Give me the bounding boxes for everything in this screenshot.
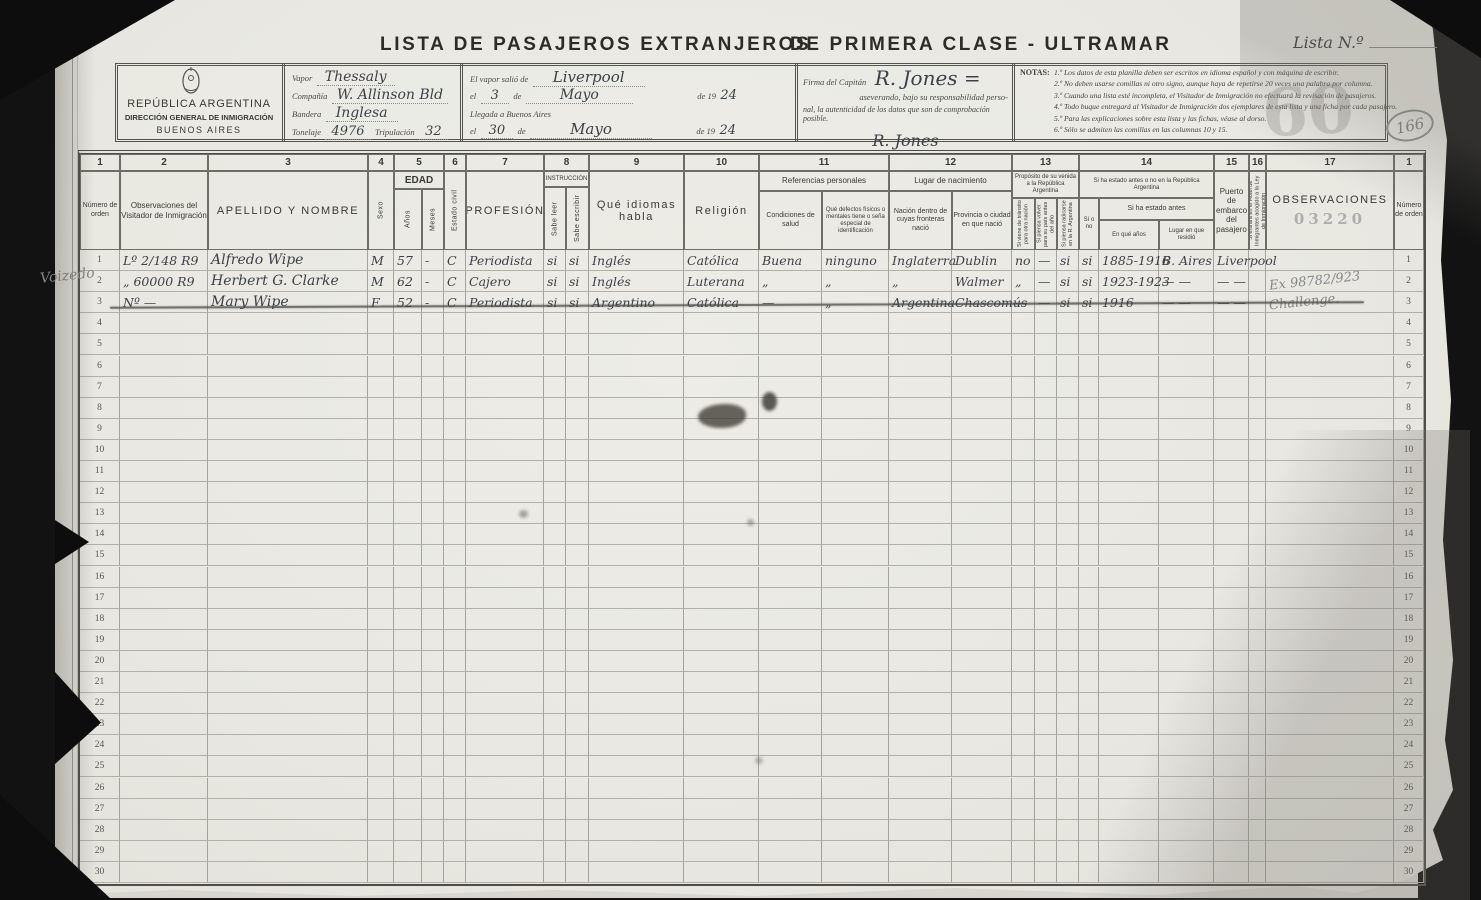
page-subtitle: DE PRIMERA CLASE - ULTRAMAR xyxy=(790,34,1172,56)
table-cell xyxy=(1079,545,1099,566)
llegada-mes: Mayo xyxy=(530,120,652,139)
table-cell xyxy=(889,778,952,799)
table-cell xyxy=(952,567,1012,588)
row-number: 14 xyxy=(1394,524,1424,545)
table-cell xyxy=(684,377,759,398)
table-cell xyxy=(444,693,466,714)
table-cell xyxy=(208,461,368,482)
table-cell xyxy=(208,693,368,714)
table-cell xyxy=(822,756,889,777)
table-cell xyxy=(1099,313,1159,334)
header-idiomas: Qué idiomas habla xyxy=(589,171,684,250)
table-cell xyxy=(1079,609,1099,630)
table-cell xyxy=(208,756,368,777)
table-cell xyxy=(422,756,444,777)
table-cell xyxy=(394,672,422,693)
table-cell: Inglaterra xyxy=(889,250,952,271)
table-cell xyxy=(566,756,589,777)
table-cell xyxy=(422,419,444,440)
row-number: 16 xyxy=(1394,567,1424,588)
table-cell xyxy=(1079,714,1099,735)
agency-line1: REPÚBLICA ARGENTINA xyxy=(120,98,278,110)
table-cell xyxy=(822,693,889,714)
table-cell xyxy=(120,588,208,609)
table-cell xyxy=(422,356,444,377)
table-cell: 1885-1916 xyxy=(1099,250,1159,271)
table-cell xyxy=(566,356,589,377)
table-cell xyxy=(589,799,684,820)
row-number: 25 xyxy=(80,756,120,777)
table-cell xyxy=(1012,651,1035,672)
table-cell xyxy=(589,693,684,714)
column-number: 1 xyxy=(1394,154,1424,171)
table-cell xyxy=(208,545,368,566)
table-cell xyxy=(1159,609,1214,630)
table-cell xyxy=(1099,693,1159,714)
table-cell xyxy=(1099,524,1159,545)
table-cell xyxy=(589,440,684,461)
table-cell xyxy=(589,735,684,756)
header-estado-antes: Si ha estado antes o no en la República … xyxy=(1079,171,1214,198)
table-cell xyxy=(1012,461,1035,482)
table-cell xyxy=(1266,778,1394,799)
table-cell xyxy=(1035,545,1057,566)
table-cell xyxy=(952,377,1012,398)
table-cell xyxy=(1266,588,1394,609)
vapor-label: Vapor xyxy=(292,73,312,83)
table-cell xyxy=(1214,377,1249,398)
handwritten-entry: C xyxy=(444,253,457,268)
table-cell xyxy=(1012,356,1035,377)
table-cell xyxy=(684,630,759,651)
handwritten-entry: B. Aires xyxy=(1159,253,1212,268)
column-number: 10 xyxy=(684,154,759,171)
table-cell xyxy=(120,862,208,883)
table-cell xyxy=(1159,313,1214,334)
table-cell xyxy=(1035,503,1057,524)
table-cell xyxy=(589,503,684,524)
captain-signature: R. Jones = xyxy=(875,66,981,90)
table-cell xyxy=(589,588,684,609)
ink-stain xyxy=(755,757,763,764)
table-cell xyxy=(444,672,466,693)
table-cell xyxy=(208,609,368,630)
table-cell xyxy=(368,440,394,461)
table-cell xyxy=(444,778,466,799)
row-number: 8 xyxy=(1394,398,1424,419)
table-cell: Liverpool xyxy=(1214,250,1249,271)
table-cell xyxy=(120,841,208,862)
table-cell xyxy=(368,735,394,756)
table-cell xyxy=(1057,841,1079,862)
llegada-dia: 30 xyxy=(481,123,514,139)
handwritten-entry: „ xyxy=(822,295,831,310)
row-number: 4 xyxy=(1394,313,1424,334)
table-cell xyxy=(589,334,684,355)
handwritten-entry: Dublin xyxy=(952,253,997,268)
table-cell: Periodista xyxy=(466,250,544,271)
table-cell xyxy=(1012,313,1035,334)
table-cell: si xyxy=(1057,250,1079,271)
table-cell: Buena xyxy=(759,250,822,271)
salida-mes: Mayo xyxy=(526,87,633,104)
table-cell xyxy=(889,419,952,440)
table-cell xyxy=(422,862,444,883)
table-cell xyxy=(589,545,684,566)
table-cell xyxy=(1266,651,1394,672)
table-cell xyxy=(952,356,1012,377)
table-cell xyxy=(444,377,466,398)
header-lugar-residio: Lugar en que residió xyxy=(1159,220,1214,250)
table-cell xyxy=(566,398,589,419)
table-cell xyxy=(1099,862,1159,883)
table-cell xyxy=(1266,841,1394,862)
table-cell xyxy=(394,756,422,777)
table-cell xyxy=(1099,714,1159,735)
handwritten-entry: — xyxy=(1035,253,1051,268)
table-cell xyxy=(684,862,759,883)
table-cell xyxy=(1012,588,1035,609)
table-cell xyxy=(1012,377,1035,398)
table-cell xyxy=(120,313,208,334)
table-cell xyxy=(120,419,208,440)
table-cell xyxy=(822,714,889,735)
table-cell xyxy=(544,799,566,820)
table-cell xyxy=(1057,545,1079,566)
table-cell xyxy=(1012,503,1035,524)
table-cell xyxy=(368,651,394,672)
table-cell xyxy=(566,313,589,334)
table-cell xyxy=(368,609,394,630)
handwritten-entry: Inglaterra xyxy=(889,253,956,268)
table-cell xyxy=(889,334,952,355)
table-cell xyxy=(120,334,208,355)
table-cell xyxy=(1079,588,1099,609)
table-cell xyxy=(466,524,544,545)
table-cell xyxy=(1079,799,1099,820)
table-cell xyxy=(889,714,952,735)
handwritten-entry: M xyxy=(368,253,384,268)
table-cell xyxy=(759,820,822,841)
table-cell xyxy=(1079,461,1099,482)
table-cell xyxy=(1159,356,1214,377)
column-number: 8 xyxy=(544,154,589,171)
table-cell xyxy=(1079,524,1099,545)
salio-port: Liverpool xyxy=(533,68,645,87)
handwritten-entry: Católica xyxy=(684,295,739,310)
table-cell xyxy=(1249,419,1266,440)
table-cell xyxy=(1214,545,1249,566)
handwritten-entry: Periodista xyxy=(466,253,533,268)
row-number: 18 xyxy=(1394,609,1424,630)
agency-line3: BUENOS AIRES xyxy=(120,125,278,135)
row-number: 27 xyxy=(80,799,120,820)
table-cell: 52 xyxy=(394,292,422,313)
handwritten-entry: „ xyxy=(1012,274,1021,289)
table-cell xyxy=(1214,799,1249,820)
table-cell xyxy=(1057,820,1079,841)
table-cell xyxy=(1249,630,1266,651)
table-cell xyxy=(1035,778,1057,799)
table-cell xyxy=(952,419,1012,440)
table-cell xyxy=(589,377,684,398)
row-number: 19 xyxy=(80,630,120,651)
table-cell xyxy=(759,356,822,377)
table-cell xyxy=(1214,588,1249,609)
table-cell xyxy=(544,503,566,524)
table-cell xyxy=(822,567,889,588)
table-cell xyxy=(368,630,394,651)
table-cell xyxy=(822,482,889,503)
table-cell xyxy=(566,735,589,756)
table-cell xyxy=(1035,356,1057,377)
column-number: 3 xyxy=(208,154,368,171)
table-cell xyxy=(822,334,889,355)
table-cell xyxy=(1266,377,1394,398)
table-cell xyxy=(952,313,1012,334)
table-cell xyxy=(889,398,952,419)
table-cell xyxy=(1249,545,1266,566)
table-cell xyxy=(466,862,544,883)
table-cell xyxy=(1057,799,1079,820)
table-cell xyxy=(566,609,589,630)
table-cell xyxy=(1266,756,1394,777)
table-cell xyxy=(1035,672,1057,693)
handwritten-entry: Inglés xyxy=(589,274,631,289)
table-cell xyxy=(1159,482,1214,503)
table-cell xyxy=(1012,756,1035,777)
table-cell xyxy=(952,482,1012,503)
table-cell xyxy=(589,841,684,862)
table-cell xyxy=(120,714,208,735)
table-cell xyxy=(394,398,422,419)
table-cell xyxy=(1012,334,1035,355)
table-cell xyxy=(1159,778,1214,799)
table-cell xyxy=(889,630,952,651)
table-cell xyxy=(394,334,422,355)
table-cell xyxy=(566,461,589,482)
table-cell xyxy=(889,482,952,503)
table-cell xyxy=(1159,862,1214,883)
ship-block: Vapor Thessaly Compañía W. Allinson Bld … xyxy=(292,68,452,140)
header-proposito-sub2: Si piensa volver para su país antes del … xyxy=(1035,198,1057,250)
table-cell xyxy=(684,799,759,820)
table-cell xyxy=(566,862,589,883)
table-cell xyxy=(1214,440,1249,461)
table-cell xyxy=(368,545,394,566)
table-cell xyxy=(208,524,368,545)
table-cell xyxy=(566,714,589,735)
table-cell xyxy=(1266,630,1394,651)
table-cell xyxy=(394,630,422,651)
table-cell xyxy=(208,313,368,334)
table-cell xyxy=(368,567,394,588)
table-cell xyxy=(952,778,1012,799)
table-cell xyxy=(394,545,422,566)
handwritten-entry: Luterana xyxy=(684,274,745,289)
table-cell xyxy=(444,735,466,756)
table-cell xyxy=(544,862,566,883)
table-cell xyxy=(759,778,822,799)
table-cell xyxy=(889,735,952,756)
table-cell xyxy=(566,799,589,820)
table-cell xyxy=(120,820,208,841)
table-cell xyxy=(1012,545,1035,566)
de-label: de xyxy=(513,91,521,101)
row-number: 9 xyxy=(1394,419,1424,440)
column-number: 16 xyxy=(1249,154,1266,171)
table-cell xyxy=(1012,440,1035,461)
table-cell xyxy=(566,841,589,862)
table-cell xyxy=(1035,735,1057,756)
table-cell xyxy=(120,398,208,419)
table-cell xyxy=(566,524,589,545)
table-cell xyxy=(889,609,952,630)
table-cell: „ 60000 R9 xyxy=(120,271,208,292)
handwritten-entry: si xyxy=(1079,274,1092,289)
header-defectos: Qué defectos físicos o mentales tiene o … xyxy=(822,191,889,250)
table-cell xyxy=(1012,820,1035,841)
table-cell xyxy=(566,651,589,672)
table-cell xyxy=(394,714,422,735)
table-cell xyxy=(394,778,422,799)
table-cell xyxy=(368,672,394,693)
table-cell xyxy=(1214,651,1249,672)
table-cell xyxy=(952,398,1012,419)
table-cell xyxy=(466,672,544,693)
table-cell xyxy=(1214,356,1249,377)
table-cell xyxy=(1266,545,1394,566)
row-number: 25 xyxy=(1394,756,1424,777)
row-number: 18 xyxy=(80,609,120,630)
table-cell xyxy=(759,693,822,714)
table-cell xyxy=(1249,334,1266,355)
table-cell xyxy=(1266,567,1394,588)
table-cell xyxy=(589,398,684,419)
table-cell xyxy=(1214,630,1249,651)
row-number: 3 xyxy=(80,292,120,313)
table-cell xyxy=(466,440,544,461)
table-cell xyxy=(208,419,368,440)
table-cell: - xyxy=(422,250,444,271)
lista-n-label: Lista N.º xyxy=(1293,33,1437,52)
table-cell xyxy=(566,630,589,651)
table-cell xyxy=(822,778,889,799)
table-cell xyxy=(444,545,466,566)
table-cell xyxy=(208,334,368,355)
table-cell xyxy=(759,735,822,756)
table-cell xyxy=(889,377,952,398)
table-cell: si xyxy=(1079,271,1099,292)
row-number: 11 xyxy=(80,461,120,482)
table-cell xyxy=(444,630,466,651)
table-cell xyxy=(1079,334,1099,355)
table-cell xyxy=(1079,862,1099,883)
row-number: 8 xyxy=(80,398,120,419)
table-cell xyxy=(1249,693,1266,714)
handwritten-entry: — — xyxy=(1159,274,1191,289)
table-cell xyxy=(422,841,444,862)
table-cell xyxy=(1099,756,1159,777)
row-number: 7 xyxy=(80,377,120,398)
table-cell: — xyxy=(1035,271,1057,292)
table-cell xyxy=(889,461,952,482)
table-cell xyxy=(759,482,822,503)
handwritten-entry: si xyxy=(1057,253,1070,268)
table-cell xyxy=(1035,714,1057,735)
row-number: 5 xyxy=(1394,334,1424,355)
table-cell xyxy=(444,503,466,524)
table-cell: Cajero xyxy=(466,271,544,292)
table-cell xyxy=(120,609,208,630)
column-number: 1 xyxy=(80,154,120,171)
table-cell xyxy=(1266,862,1394,883)
lista-n-blank xyxy=(1369,35,1437,48)
handwritten-entry: si xyxy=(1079,253,1092,268)
row-number: 4 xyxy=(80,313,120,334)
table-cell xyxy=(822,419,889,440)
tripulacion-value: 32 xyxy=(419,124,448,140)
table-cell xyxy=(589,820,684,841)
table-cell xyxy=(1266,735,1394,756)
table-cell xyxy=(1159,714,1214,735)
header-edad: EDAD xyxy=(394,171,444,189)
table-cell xyxy=(589,482,684,503)
table-cell xyxy=(1057,735,1079,756)
table-cell xyxy=(1012,714,1035,735)
row-number: 21 xyxy=(1394,672,1424,693)
table-cell xyxy=(1035,693,1057,714)
row-number: 20 xyxy=(1394,651,1424,672)
table-cell xyxy=(422,735,444,756)
tripulacion-label: Tripulación xyxy=(375,127,415,137)
header-condiciones-salud: Condiciones de salud xyxy=(759,191,822,250)
table-cell xyxy=(544,567,566,588)
table-cell xyxy=(422,440,444,461)
table-cell xyxy=(589,778,684,799)
table-cell xyxy=(208,482,368,503)
header-anos: Años xyxy=(394,189,422,250)
table-cell xyxy=(822,820,889,841)
table-cell xyxy=(422,693,444,714)
firma-label: Firma del Capitán xyxy=(803,77,866,87)
table-cell xyxy=(952,756,1012,777)
table-cell xyxy=(1035,651,1057,672)
table-cell xyxy=(684,609,759,630)
scanned-passenger-list: LISTA DE PASAJEROS EXTRANJEROS DE PRIMER… xyxy=(0,0,1481,900)
table-cell xyxy=(1035,567,1057,588)
table-cell xyxy=(422,398,444,419)
ink-stain xyxy=(747,519,754,526)
table-cell xyxy=(566,419,589,440)
table-cell xyxy=(466,398,544,419)
table-cell xyxy=(422,334,444,355)
table-cell xyxy=(208,503,368,524)
coat-of-arms-icon xyxy=(178,66,204,96)
page-edge-line xyxy=(72,0,73,900)
table-cell xyxy=(444,588,466,609)
table-cell xyxy=(120,461,208,482)
table-cell xyxy=(822,862,889,883)
table-cell xyxy=(1099,461,1159,482)
table-cell xyxy=(444,313,466,334)
table-cell xyxy=(394,799,422,820)
column-number: 17 xyxy=(1266,154,1394,171)
handwritten-entry: Cajero xyxy=(466,274,511,289)
table-cell xyxy=(208,820,368,841)
table-cell xyxy=(544,735,566,756)
table-cell xyxy=(1099,567,1159,588)
